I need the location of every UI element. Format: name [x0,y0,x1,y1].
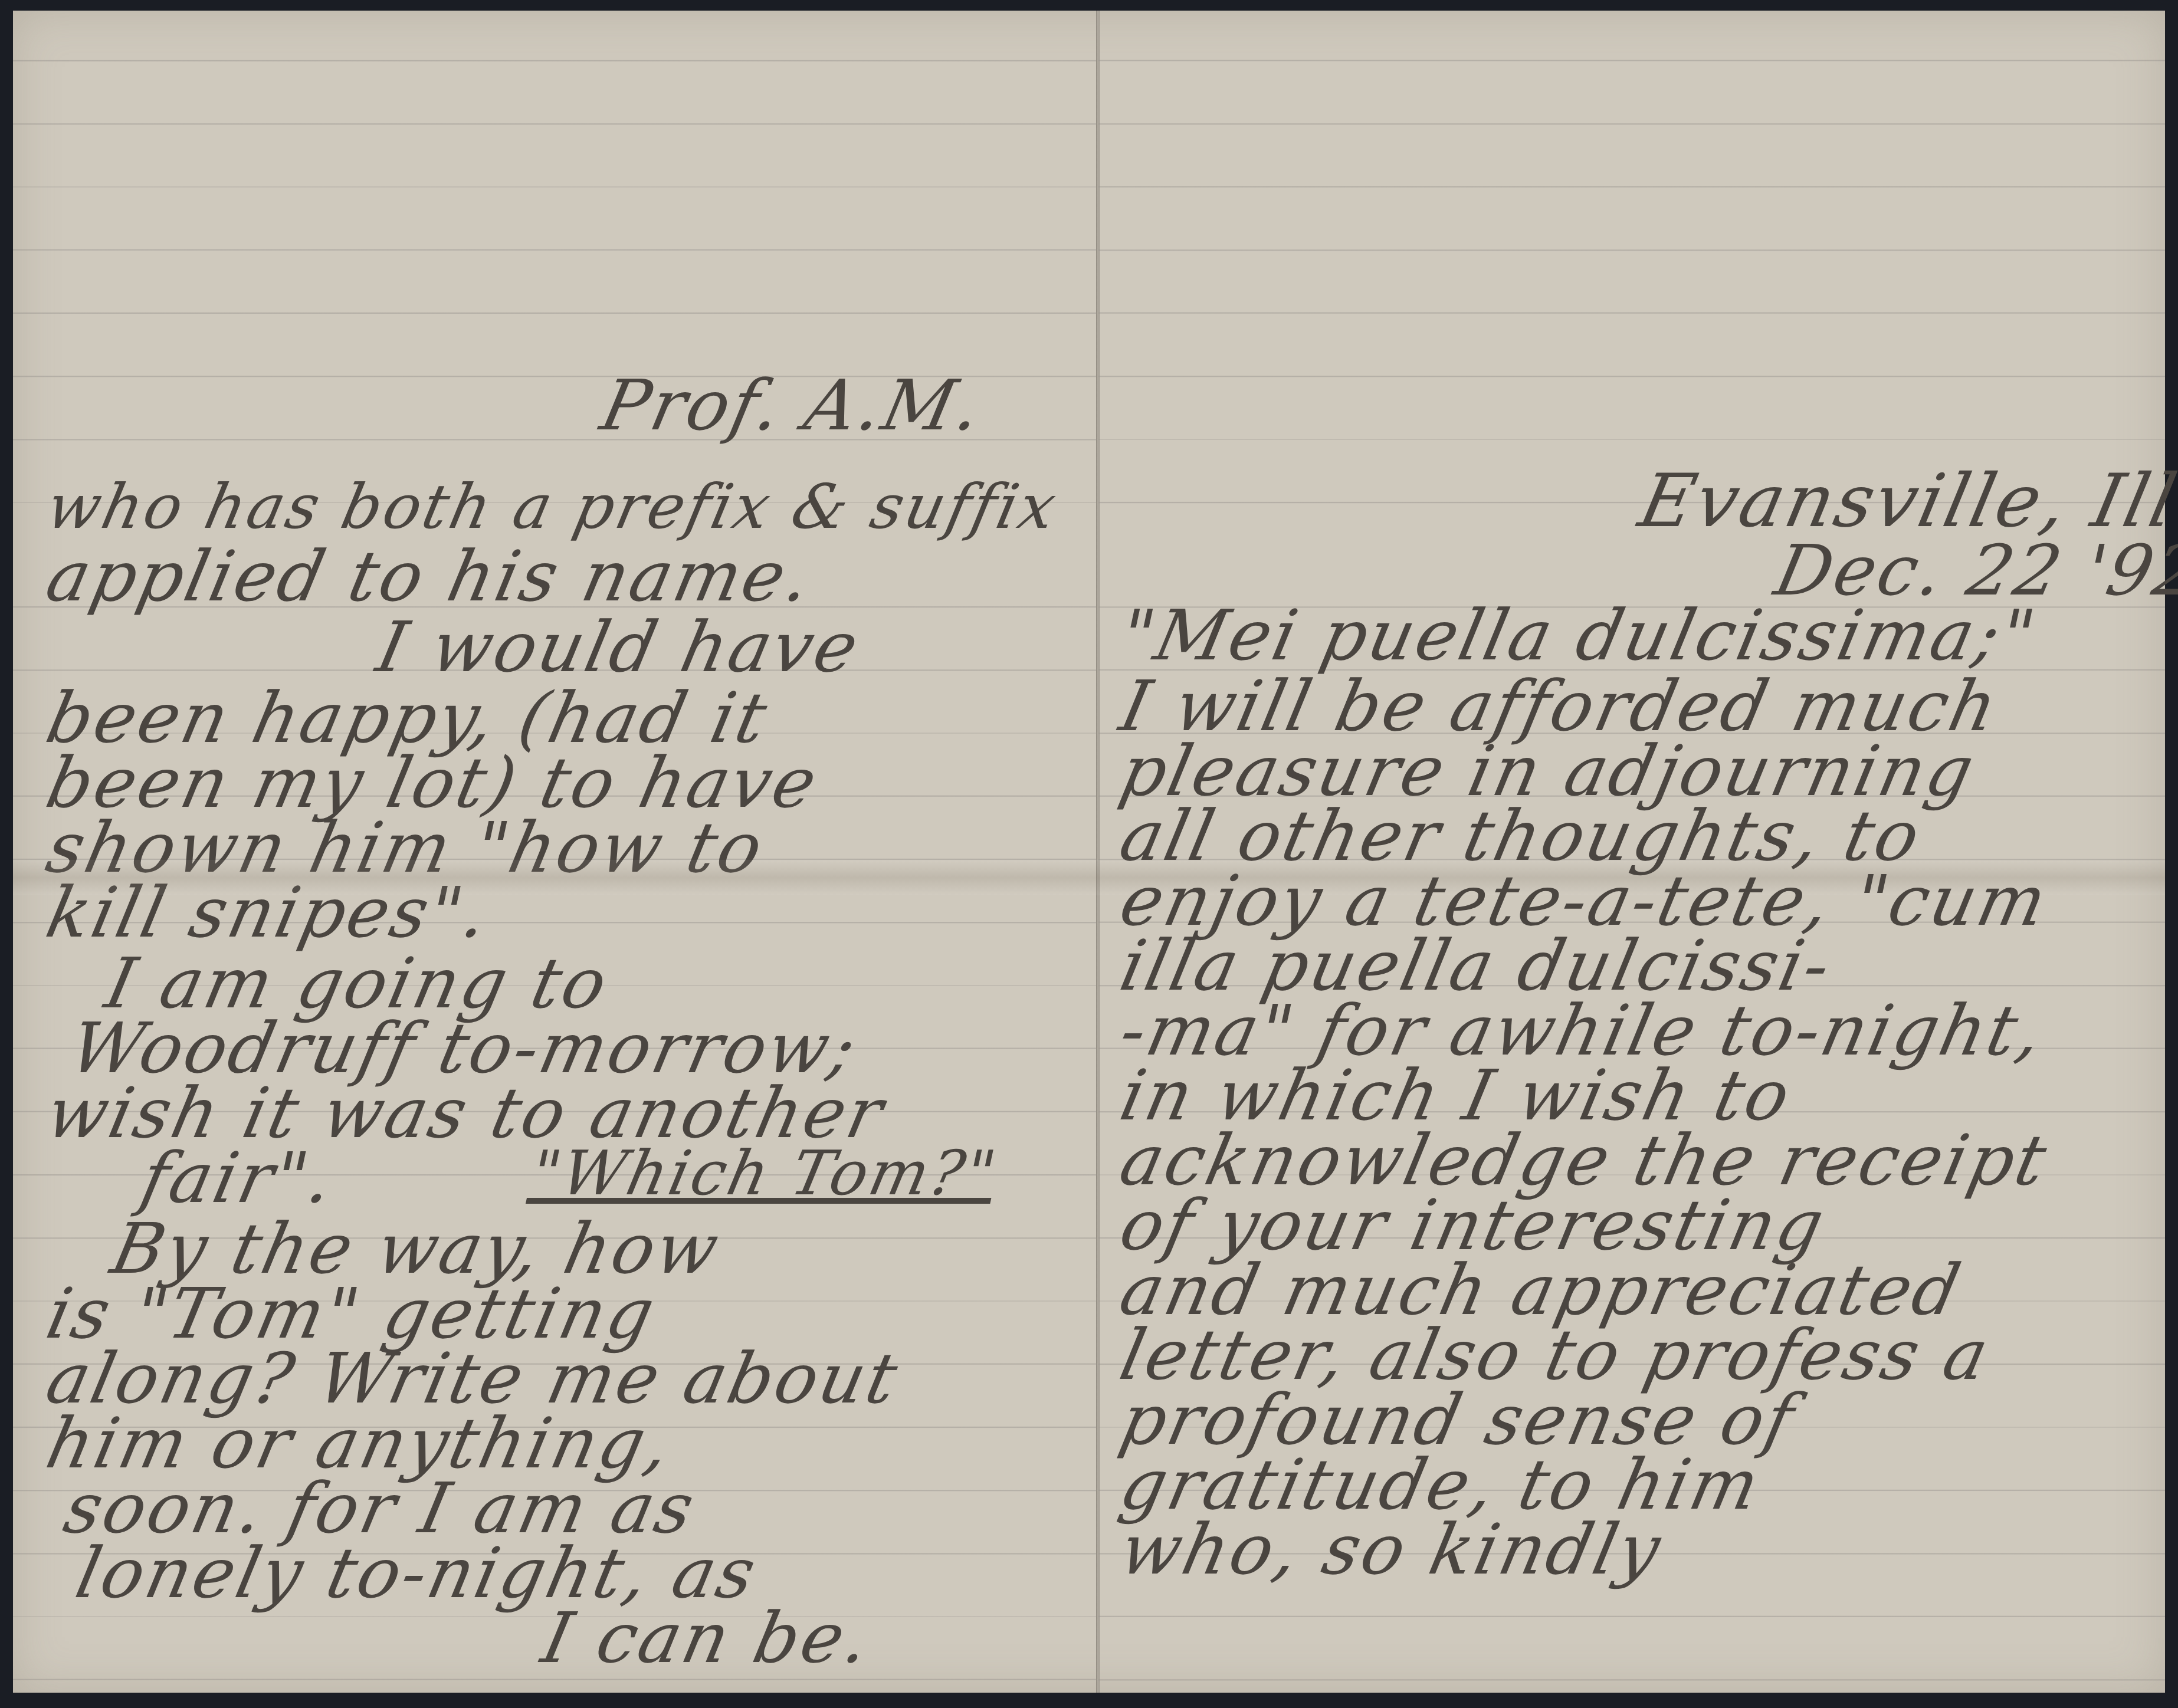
letter-sheet: Prof. A.M. who has both a prefix & suffi… [13,11,2165,1693]
letter-line: I would have [370,606,867,688]
letter-line: applied to his name. [40,536,819,617]
letter-line: fair". [134,1137,342,1218]
heading: Prof. A.M. [594,364,990,446]
left-page: Prof. A.M. who has both a prefix & suffi… [13,11,1096,1693]
letter-line: who has both a prefix & suffix [41,471,1064,543]
letter-line: "Which Tom?" [524,1137,1004,1209]
letter-line: who, so kindly [1113,1509,1669,1590]
salutation: "Mei puella dulcissima;" [1113,594,2044,676]
letter-line: I can be. [535,1597,878,1679]
right-page: Evansville, Ill. Dec. 22 '92. "Mei puell… [1098,11,2165,1693]
